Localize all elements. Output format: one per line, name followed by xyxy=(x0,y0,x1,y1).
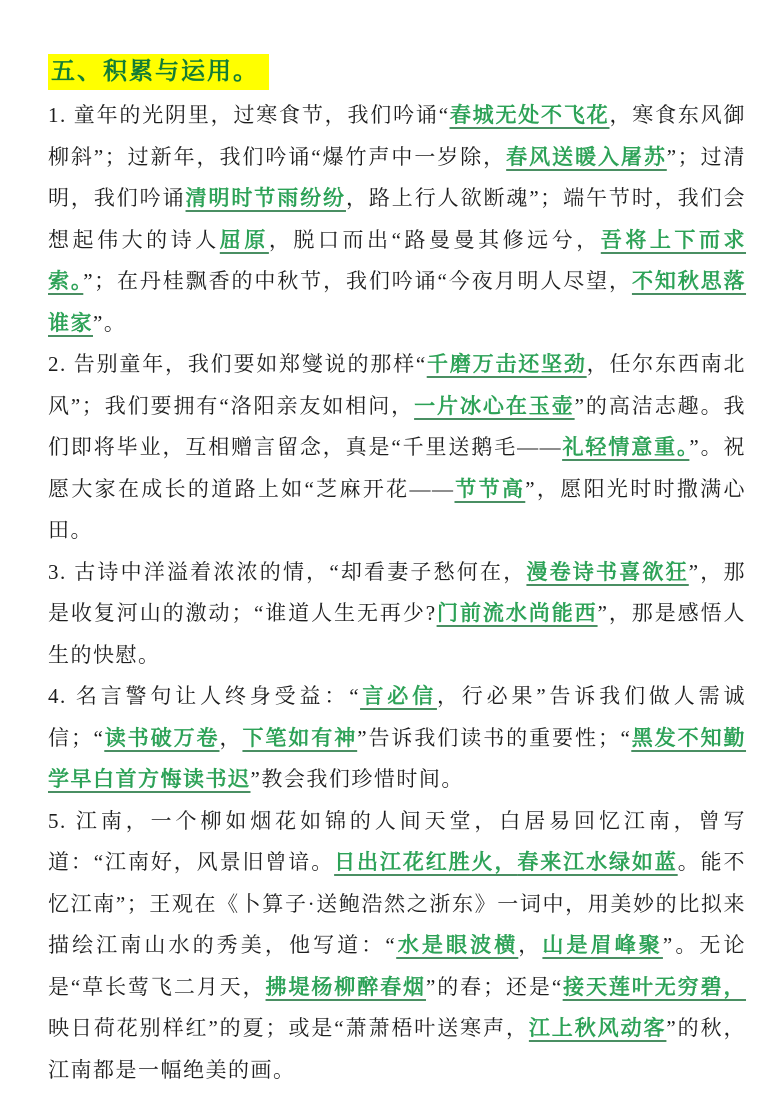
answer-text: 礼轻情意重。 xyxy=(562,435,689,459)
paragraph: 3. 古诗中洋溢着浓浓的情，“却看妻子愁何在，漫卷诗书喜欲狂”，那是收复河山的激… xyxy=(48,552,746,677)
answer-text: 漫卷诗书喜欲狂 xyxy=(526,560,688,584)
body-text: 映日荷花别样红”的夏；或是“萧萧梧叶送寒声， xyxy=(48,1016,529,1040)
answer-text: 读书破万卷 xyxy=(104,726,219,750)
body-text: ”告诉我们读书的重要性；“ xyxy=(357,726,631,750)
body-text: ”的春；还是“ xyxy=(426,975,563,999)
body-text: ， xyxy=(219,726,242,750)
answer-text: 拂堤杨柳醉春烟 xyxy=(266,975,426,999)
paragraph: 5. 江南，一个柳如烟花如锦的人间天堂，白居易回忆江南，曾写道：“江南好，风景旧… xyxy=(48,801,746,1092)
body-text: ”教会我们珍惜时间。 xyxy=(251,767,464,791)
body-text: ”；在丹桂飘香的中秋节，我们吟诵“今夜月明人尽望， xyxy=(83,269,632,293)
answer-text: 千磨万击还坚劲 xyxy=(427,352,587,376)
paragraph: 1. 童年的光阴里，过寒食节，我们吟诵“春城无处不飞花，寒食东风御柳斜”；过新年… xyxy=(48,95,746,344)
section-heading-wrap: 五、积累与运用。 xyxy=(48,54,746,90)
document-page: 五、积累与运用。 1. 童年的光阴里，过寒食节，我们吟诵“春城无处不飞花，寒食东… xyxy=(0,0,780,1103)
body-text: 1. 童年的光阴里，过寒食节，我们吟诵“ xyxy=(48,103,450,127)
answer-text: 节节高 xyxy=(454,477,525,501)
body-text: 2. 告别童年，我们要如郑燮说的那样“ xyxy=(48,352,427,376)
body-text: 3. 古诗中洋溢着浓浓的情，“却看妻子愁何在， xyxy=(48,560,526,584)
answer-text: 接天莲叶无穷碧， xyxy=(563,975,746,999)
paragraph: 4. 名言警句让人终身受益：“言必信，行必果”告诉我们做人需诚信；“读书破万卷，… xyxy=(48,676,746,801)
answer-text: 春来江水绿如蓝 xyxy=(517,850,677,874)
answer-text: 春风送暖入屠苏 xyxy=(506,145,667,169)
body-text: ”。 xyxy=(93,311,126,335)
answer-text: 日出江花红胜火， xyxy=(334,850,517,874)
paragraph: 2. 告别童年，我们要如郑燮说的那样“千磨万击还坚劲，任尔东西南北风”；我们要拥… xyxy=(48,344,746,552)
content-area: 1. 童年的光阴里，过寒食节，我们吟诵“春城无处不飞花，寒食东风御柳斜”；过新年… xyxy=(48,95,746,1091)
body-text: 4. 名言警句让人终身受益：“ xyxy=(48,684,360,708)
section-heading: 五、积累与运用。 xyxy=(48,54,269,90)
answer-text: 江上秋风动客 xyxy=(529,1016,667,1040)
body-text: ，脱口而出“路曼曼其修远兮， xyxy=(269,228,601,252)
answer-text: 屈原 xyxy=(220,228,269,252)
answer-text: 山是眉峰聚 xyxy=(542,933,663,957)
answer-text: 清明时节雨纷纷 xyxy=(186,186,346,210)
answer-text: 言必信 xyxy=(360,684,437,708)
answer-text: 一片冰心在玉壶 xyxy=(414,394,575,418)
answer-text: 水是眼波横 xyxy=(396,933,518,957)
answer-text: 下笔如有神 xyxy=(242,726,357,750)
body-text: ， xyxy=(518,933,542,957)
answer-text: 门前流水尚能西 xyxy=(437,601,598,625)
answer-text: 春城无处不飞花 xyxy=(450,103,610,127)
